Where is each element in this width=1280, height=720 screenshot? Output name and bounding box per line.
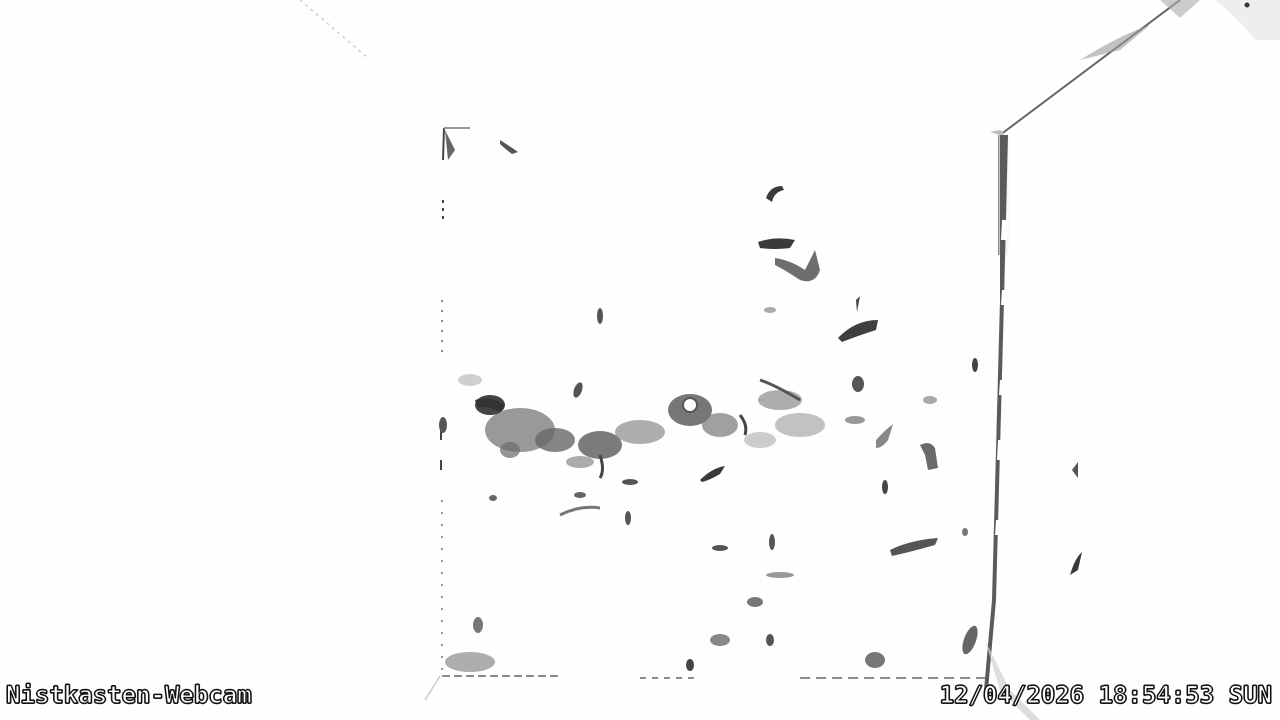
nesting-material-band	[439, 374, 825, 478]
floor-edge-right	[984, 130, 1040, 720]
webcam-frame: Nistkasten-Webcam 12/04/2026 18:54:53 SU…	[0, 0, 1280, 720]
timestamp-time: 18:54:53	[1099, 681, 1215, 709]
timestamp-weekday: SUN	[1229, 681, 1272, 709]
wall-edge-top-right	[1000, 0, 1280, 135]
floor-edge-left	[441, 128, 470, 680]
floor-edge-bottom	[425, 676, 985, 700]
timestamp-date: 12/04/2026	[940, 681, 1085, 709]
timestamp-overlay: 12/04/2026 18:54:53 SUN	[940, 681, 1272, 709]
wall-edge-top-left	[300, 0, 368, 58]
nest-box-scene	[0, 0, 1280, 720]
camera-name-label: Nistkasten-Webcam	[6, 681, 252, 709]
